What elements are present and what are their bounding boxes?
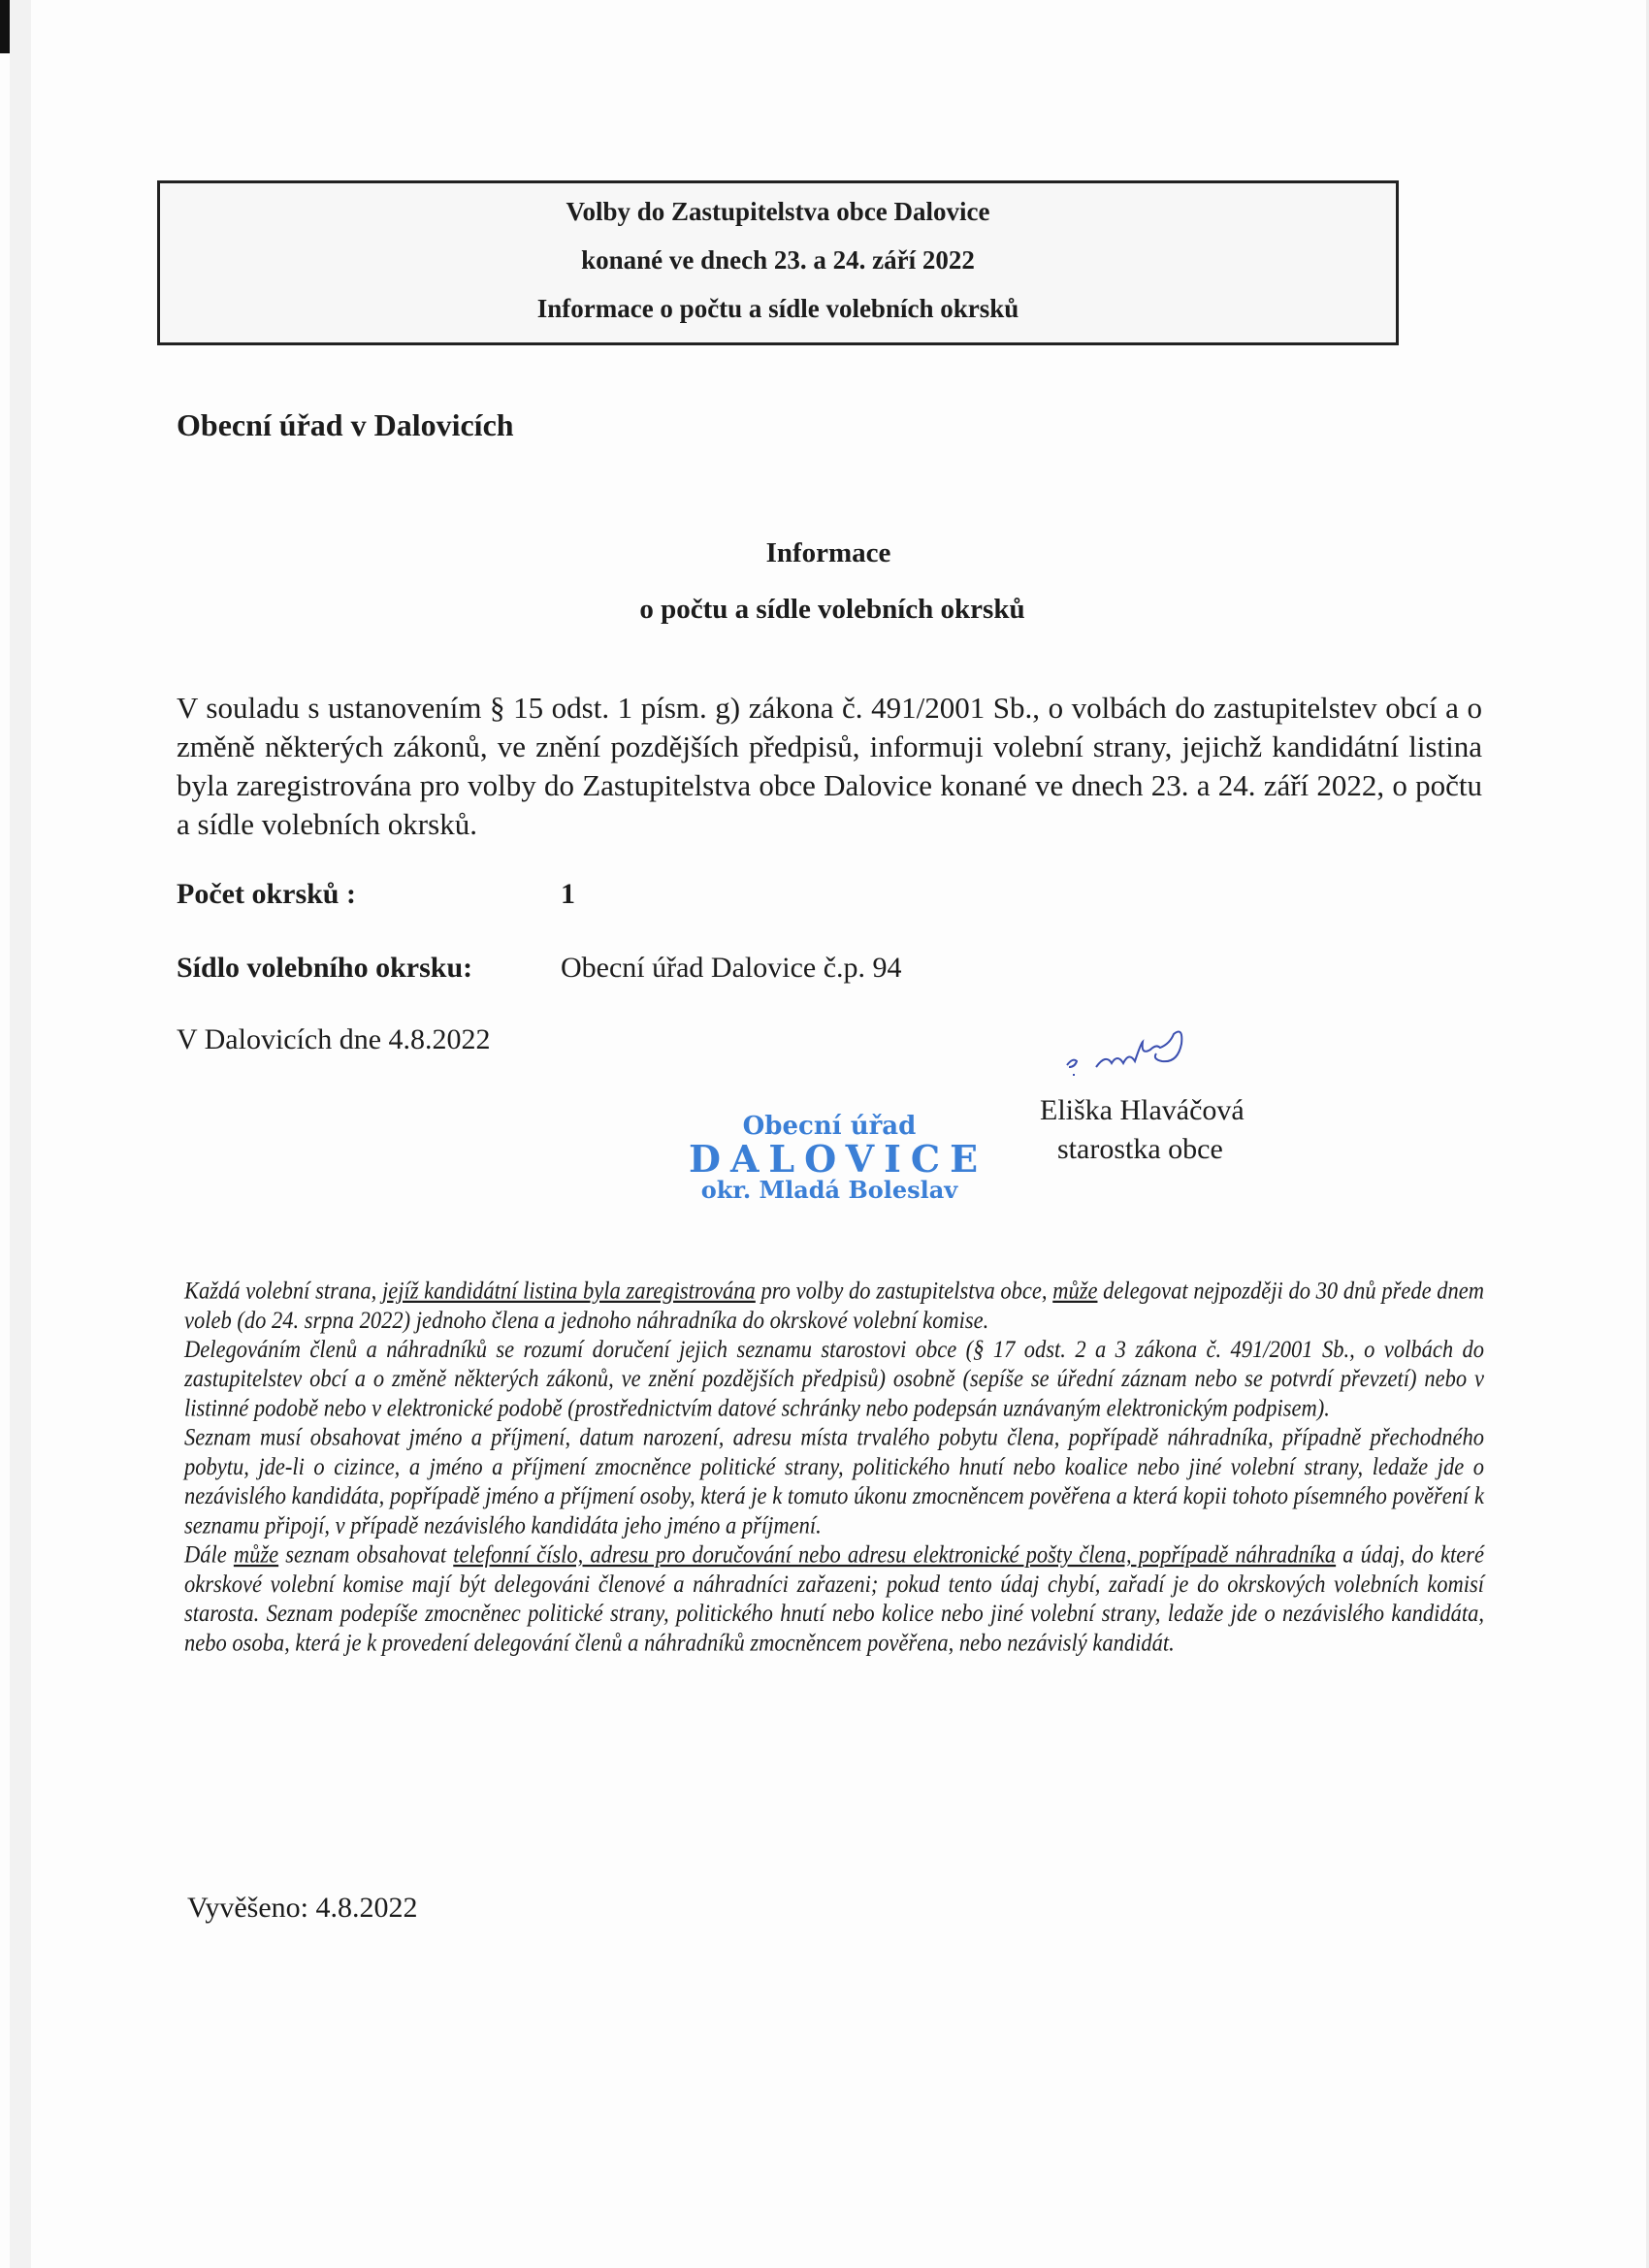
stamp-line-town: DALOVICE (679, 1141, 980, 1178)
issuing-office: Obecní úřad v Dalovicích (177, 407, 514, 443)
handwritten-signature (1057, 1028, 1309, 1086)
signer-role: starostka obce (1057, 1133, 1223, 1166)
intro-paragraph: V souladu s ustanovením § 15 odst. 1 pís… (177, 689, 1482, 844)
note-paragraph-3: Seznam musí obsahovat jméno a příjmení, … (184, 1422, 1484, 1539)
header-line-election: Volby do Zastupitelstva obce Dalovice (160, 199, 1396, 225)
district-seat-value: Obecní úřad Dalovice č.p. 94 (561, 952, 902, 985)
district-count-value: 1 (561, 878, 575, 911)
election-header-box: Volby do Zastupitelstva obce Dalovice ko… (157, 180, 1399, 345)
district-count-label: Počet okrsků : (177, 878, 356, 911)
header-line-dates: konané ve dnech 23. a 24. září 2022 (160, 247, 1396, 274)
stamp-line-district: okr. Mladá Boleslav (679, 1179, 980, 1202)
document-title: Informace (0, 537, 1649, 569)
date-place: V Dalovicích dne 4.8.2022 (177, 1023, 491, 1056)
note-paragraph-1: Každá volební strana, jejíž kandidátní l… (184, 1276, 1484, 1334)
district-seat-label: Sídlo volebního okrsku: (177, 952, 472, 985)
document-subtitle: o počtu a sídle volebních okrsků (0, 594, 1649, 626)
posted-date: Vyvěšeno: 4.8.2022 (187, 1892, 417, 1925)
note-paragraph-2: Delegováním členů a náhradníků se rozumí… (184, 1334, 1484, 1422)
office-stamp: Obecní úřad DALOVICE okr. Mladá Boleslav (679, 1114, 980, 1202)
delegation-notes: Každá volební strana, jejíž kandidátní l… (184, 1276, 1484, 1657)
scan-artifact-mark (0, 0, 10, 53)
header-line-subject: Informace o počtu a sídle volebních okrs… (160, 296, 1396, 322)
stamp-line-office: Obecní úřad (679, 1114, 980, 1139)
scan-edge-left (10, 0, 31, 2268)
signer-name: Eliška Hlaváčová (1040, 1094, 1245, 1127)
note-paragraph-4: Dále může seznam obsahovat telefonní čís… (184, 1539, 1484, 1657)
